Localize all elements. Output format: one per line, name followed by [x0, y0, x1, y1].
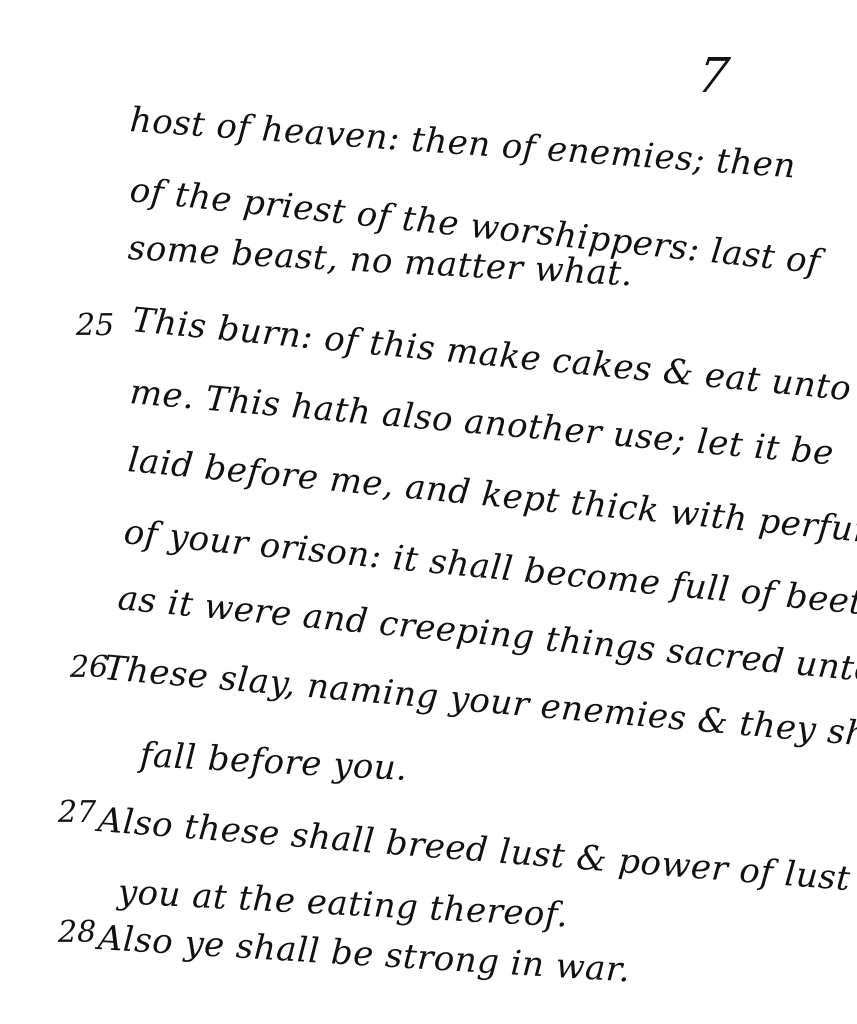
manuscript-line-1: host of heaven: then of enemies; then: [129, 100, 798, 186]
manuscript-line-10: fall before you.: [139, 735, 409, 789]
verse-number-28: 28: [58, 915, 96, 950]
verse-number-25: 25: [76, 308, 114, 343]
verse-number-27: 27: [58, 795, 96, 830]
page-number: 7: [694, 48, 732, 104]
manuscript-page: 7 host of heaven: then of enemies; then …: [0, 0, 857, 1024]
